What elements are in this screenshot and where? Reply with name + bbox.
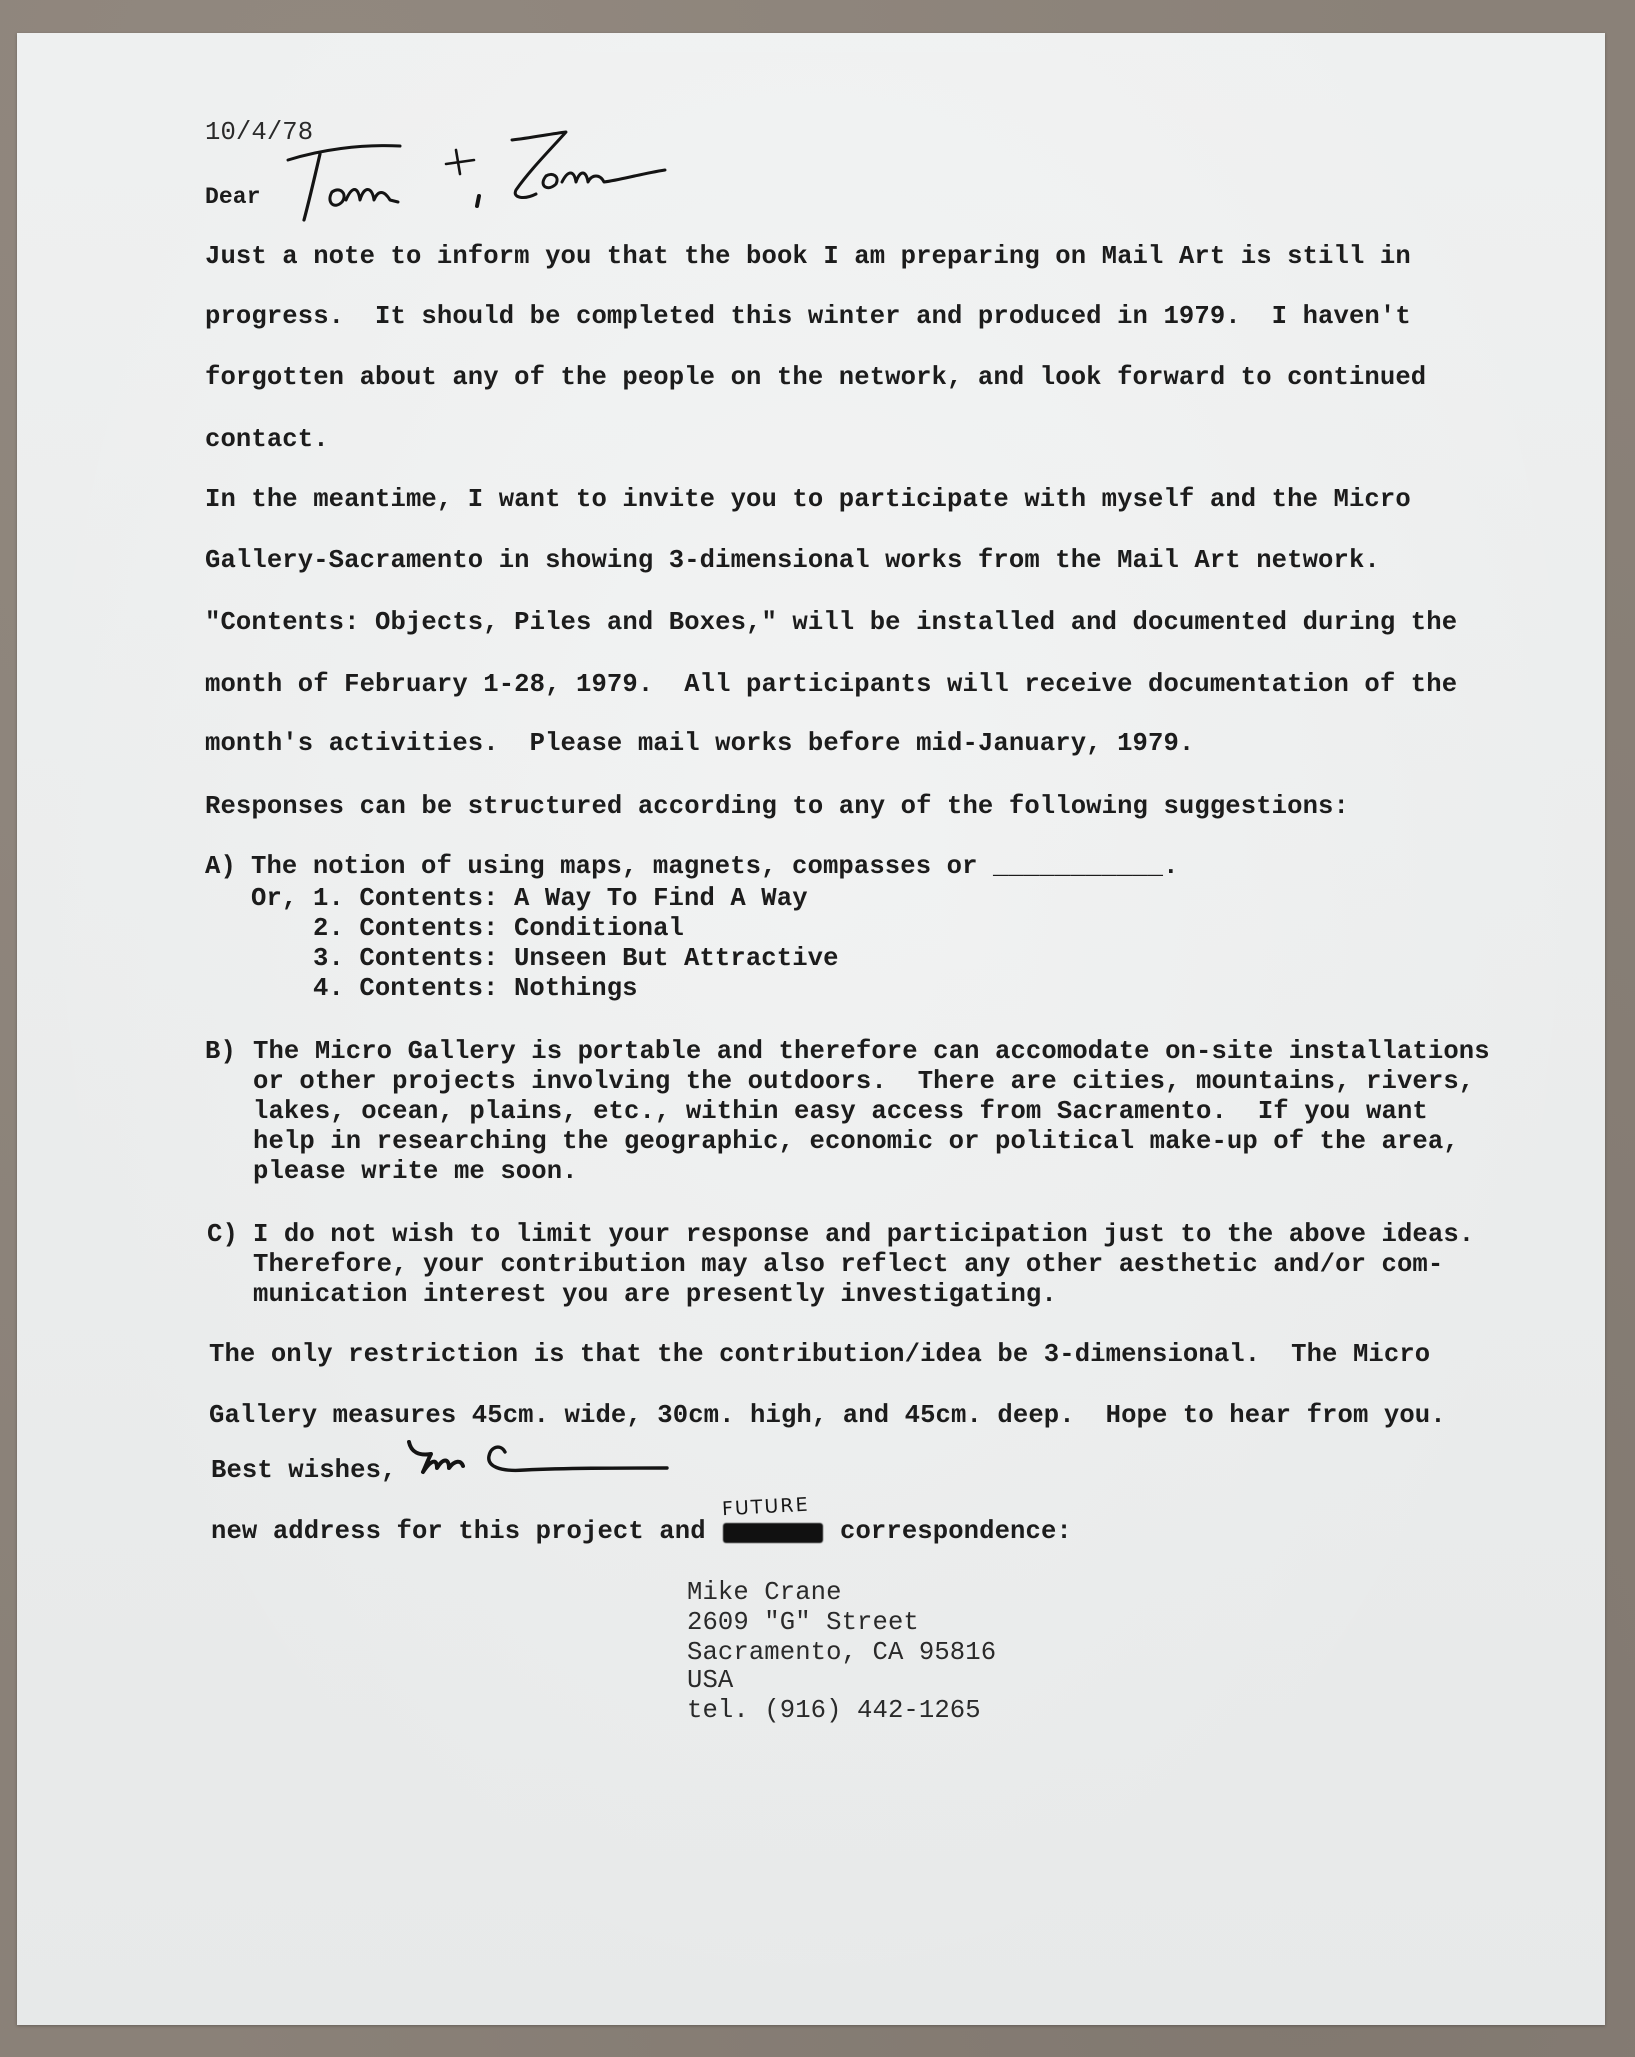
suggestion-b-line: The Micro Gallery is portable and theref…: [253, 1037, 1490, 1067]
address-country: USA: [687, 1666, 733, 1696]
paragraph-line: Gallery-Sacramento in showing 3-dimensio…: [205, 546, 1380, 576]
suggestion-b-line: please write me soon.: [253, 1157, 578, 1187]
handwritten-correction: FUTURE: [721, 1494, 810, 1521]
signature: [405, 1438, 675, 1488]
suggestion-c-line: I do not wish to limit your response and…: [253, 1220, 1474, 1250]
suggestion-c-label: C): [207, 1220, 238, 1250]
address-name: Mike Crane: [687, 1578, 842, 1608]
address-note-before: new address for this project and: [211, 1517, 706, 1547]
address-phone: tel. (916) 442-1265: [687, 1696, 981, 1726]
suggestion-b-line: help in researching the geographic, econ…: [253, 1127, 1459, 1157]
salutation: Dear: [205, 182, 261, 212]
paragraph-line: forgotten about any of the people on the…: [205, 363, 1426, 393]
suggestion-c-line: munication interest you are presently in…: [253, 1280, 1057, 1310]
paragraph-line: Gallery measures 45cm. wide, 30cm. high,…: [209, 1401, 1446, 1431]
suggestion-a-item: 4. Contents: Nothings: [313, 974, 638, 1004]
suggestion-a-item: 3. Contents: Unseen But Attractive: [313, 944, 839, 974]
paragraph-line: month of February 1-28, 1979. All partic…: [205, 670, 1457, 700]
suggestions-intro: Responses can be structured according to…: [205, 792, 1349, 822]
suggestion-b-line: or other projects involving the outdoors…: [253, 1067, 1474, 1097]
suggestion-a-label: A): [205, 852, 236, 882]
struck-out-word: future: [723, 1523, 823, 1543]
suggestion-c-line: Therefore, your contribution may also re…: [253, 1250, 1443, 1280]
suggestion-b-line: lakes, ocean, plains, etc., within easy …: [253, 1097, 1428, 1127]
suggestion-a-text: The notion of using maps, magnets, compa…: [251, 852, 1179, 882]
paragraph-line: In the meantime, I want to invite you to…: [205, 485, 1411, 515]
paragraph-line: "Contents: Objects, Piles and Boxes," wi…: [205, 608, 1457, 638]
paragraph-line: The only restriction is that the contrib…: [209, 1340, 1430, 1370]
suggestion-b-label: B): [205, 1037, 236, 1067]
paragraph-line: Just a note to inform you that the book …: [205, 242, 1411, 272]
paragraph-line: contact.: [205, 425, 329, 455]
address-note-after: correspondence:: [840, 1517, 1072, 1547]
paragraph-line: month's activities. Please mail works be…: [205, 729, 1194, 759]
address-street: 2609 "G" Street: [687, 1608, 919, 1638]
suggestion-a-item: 2. Contents: Conditional: [313, 914, 684, 944]
signoff: Best wishes,: [211, 1456, 397, 1486]
suggestion-a-or: Or,: [251, 884, 297, 914]
paragraph-line: progress. It should be completed this wi…: [205, 302, 1411, 332]
suggestion-a-item: 1. Contents: A Way To Find A Way: [313, 884, 808, 914]
handwritten-recipients: [280, 120, 680, 230]
address-city: Sacramento, CA 95816: [687, 1638, 996, 1668]
